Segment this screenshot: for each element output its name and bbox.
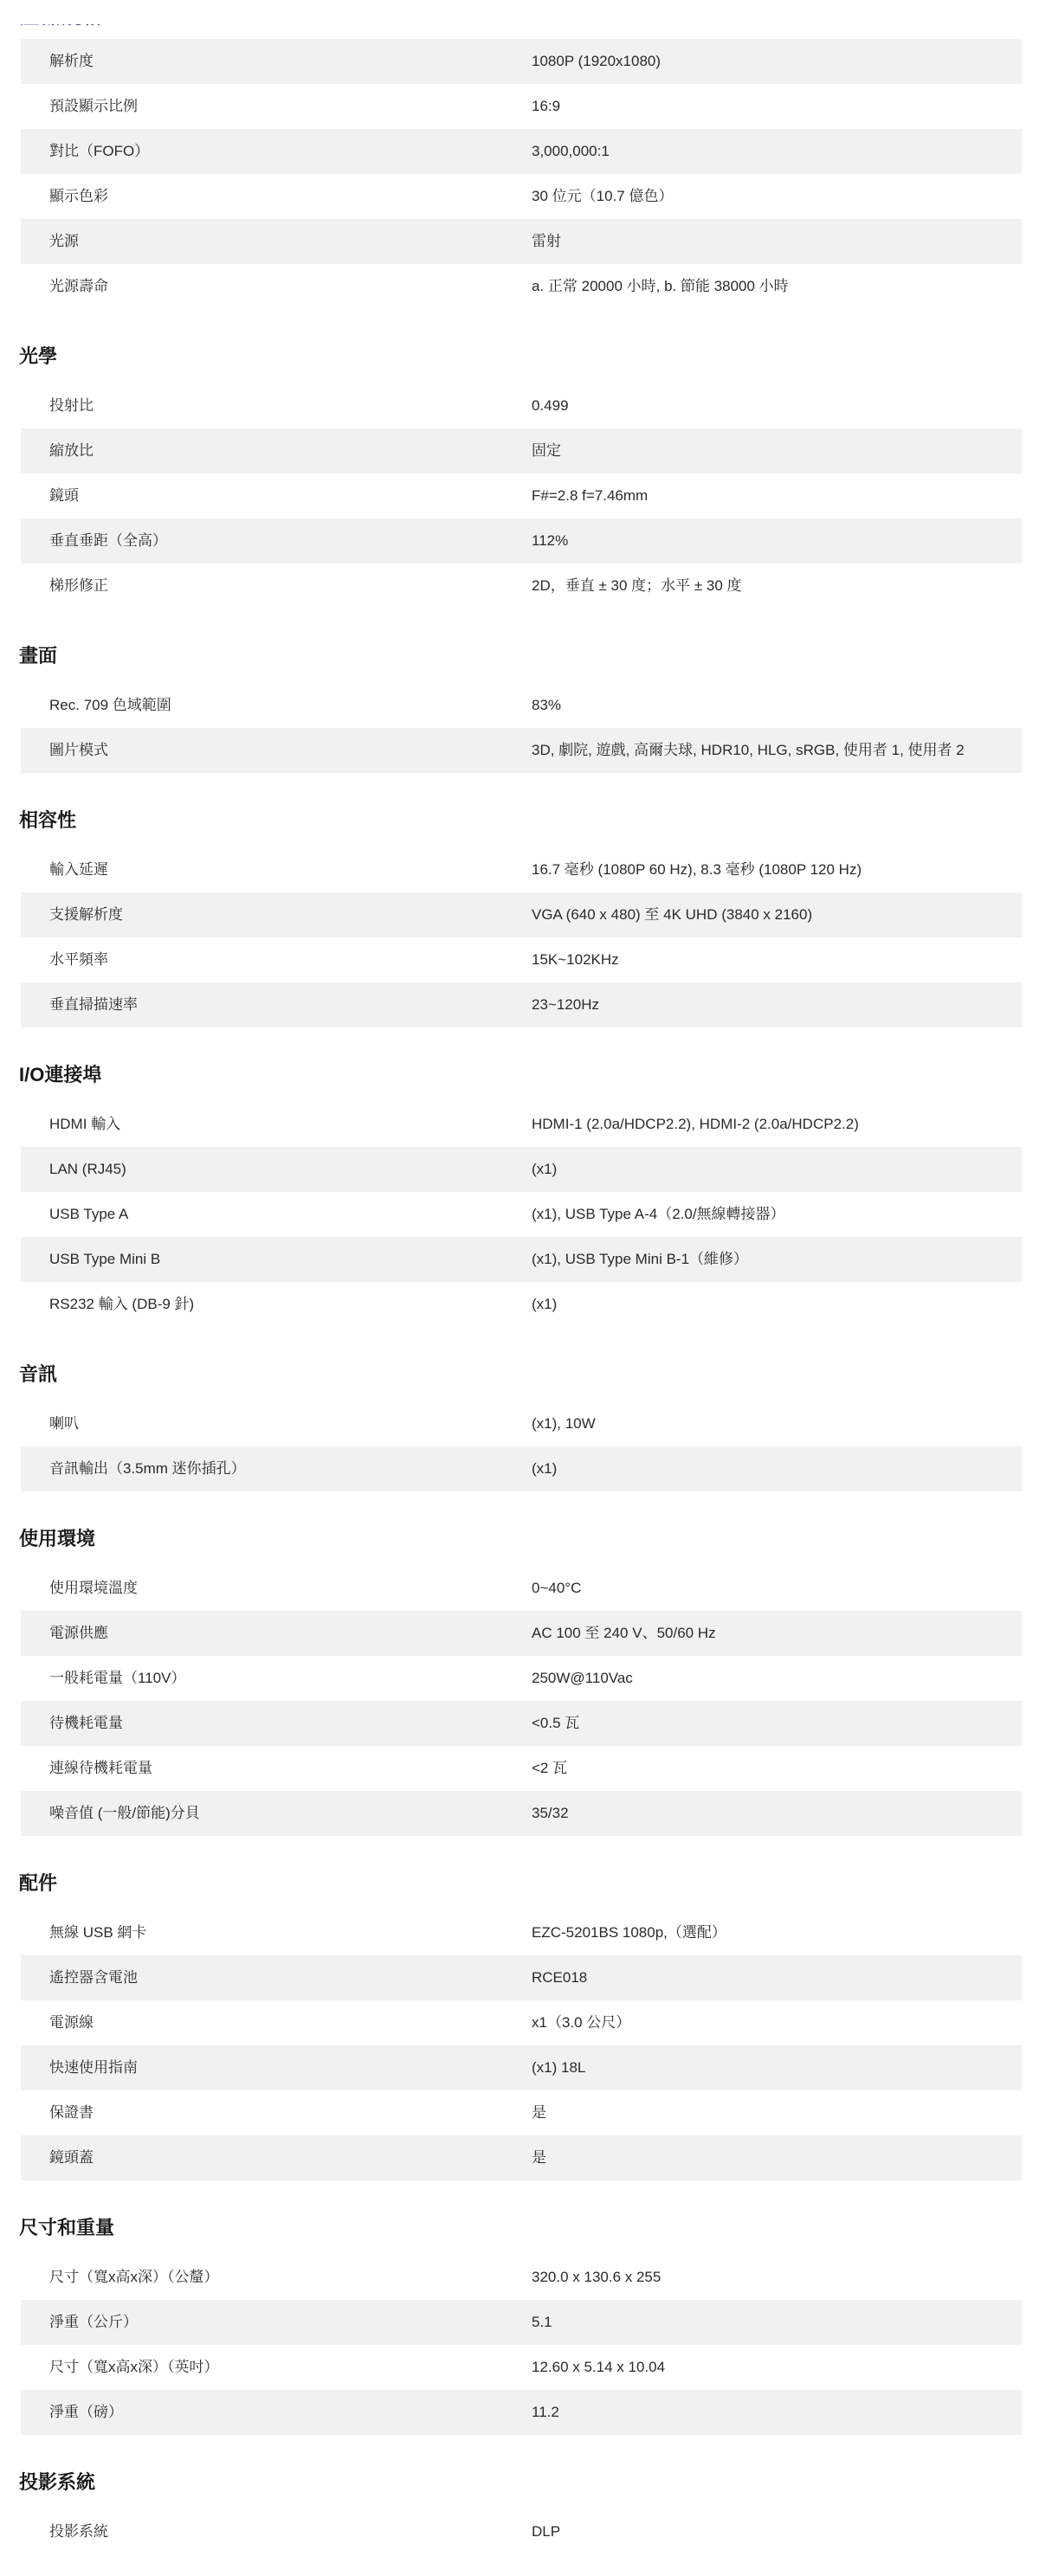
spec-row: USB Type A(x1), USB Type A-4（2.0/無線轉接器）	[21, 1192, 1022, 1237]
spec-row: 支援解析度VGA (640 x 480) 至 4K UHD (3840 x 21…	[21, 892, 1022, 937]
spec-table-environment: 使用環境溫度0~40°C電源供應AC 100 至 240 V、50/60 Hz一…	[21, 1566, 1022, 1836]
section-title-picture: 畫面	[19, 643, 1022, 669]
spec-row: 噪音值 (一般/節能)分貝35/32	[21, 1791, 1022, 1836]
row-value: AC 100 至 240 V、50/60 Hz	[532, 1623, 1022, 1644]
row-value: VGA (640 x 480) 至 4K UHD (3840 x 2160)	[532, 905, 1022, 925]
spec-row: 無線 USB 網卡EZC-5201BS 1080p,（選配）	[21, 1910, 1022, 1955]
spec-table-projection-system: 投影系統DLP	[21, 2509, 1022, 2554]
row-value: (x1) 18L	[532, 2058, 1022, 2078]
row-label: 待機耗電量	[21, 1713, 532, 1734]
spec-row: 一般耗電量（110V）250W@110Vac	[21, 1656, 1022, 1701]
row-value: 12.60 x 5.14 x 10.04	[532, 2357, 1022, 2378]
row-value: (x1)	[532, 1294, 1022, 1315]
row-value: x1（3.0 公尺）	[532, 2012, 1022, 2033]
spec-row: 遙控器含電池RCE018	[21, 1955, 1022, 2000]
row-value: 2D，垂直 ± 30 度；水平 ± 30 度	[532, 576, 1022, 596]
section-title-audio: 音訊	[19, 1362, 1022, 1388]
row-value: 16.7 毫秒 (1080P 60 Hz), 8.3 毫秒 (1080P 120…	[532, 860, 1022, 880]
row-label: 遙控器含電池	[21, 1967, 532, 1988]
spec-row: 光源壽命a. 正常 20000 小時, b. 節能 38000 小時	[21, 264, 1022, 309]
row-value: 16:9	[532, 96, 1022, 117]
row-value: 250W@110Vac	[532, 1668, 1022, 1689]
spec-row: 尺寸（寬x高x深）（公釐）320.0 x 130.6 x 255	[21, 2255, 1022, 2300]
row-label: 圖片模式	[21, 740, 532, 761]
section-title-optics: 光學	[19, 344, 1022, 370]
row-label: Rec. 709 色域範圍	[21, 695, 532, 716]
row-value: 3,000,000:1	[532, 141, 1022, 162]
spec-row: 顯示色彩30 位元（10.7 億色）	[21, 174, 1022, 219]
row-label: 垂直掃描速率	[21, 995, 532, 1015]
row-label: 解析度	[21, 51, 532, 72]
spec-table-display: 解析度1080P (1920x1080)預設顯示比例16:9對比（FOFO）3,…	[21, 39, 1022, 309]
spec-row: 投射比0.499	[21, 383, 1022, 428]
section-environment: 使用環境使用環境溫度0~40°C電源供應AC 100 至 240 V、50/60…	[21, 1526, 1022, 1836]
spec-table-compatibility: 輸入延遲16.7 毫秒 (1080P 60 Hz), 8.3 毫秒 (1080P…	[21, 847, 1022, 1027]
row-label: 連線待機耗電量	[21, 1758, 532, 1779]
row-value: 15K~102KHz	[532, 950, 1022, 970]
row-label: 縮放比	[21, 441, 532, 461]
row-label: 尺寸（寬x高x深）（公釐）	[21, 2267, 532, 2288]
row-value: <0.5 瓦	[532, 1713, 1022, 1734]
row-value: (x1)	[532, 1159, 1022, 1180]
row-value: 112%	[532, 531, 1022, 551]
section-title-io-ports: I/O連接埠	[19, 1062, 1022, 1088]
section-title-projection-system: 投影系統	[19, 2470, 1022, 2495]
row-label: 淨重（公斤）	[21, 2312, 532, 2333]
spec-row: Rec. 709 色域範圍83%	[21, 683, 1022, 728]
row-label: 快速使用指南	[21, 2058, 532, 2078]
spec-row: 電源線x1（3.0 公尺）	[21, 2000, 1022, 2045]
row-value: (x1), 10W	[532, 1414, 1022, 1434]
section-compatibility: 相容性輸入延遲16.7 毫秒 (1080P 60 Hz), 8.3 毫秒 (10…	[21, 808, 1022, 1027]
row-value: 5.1	[532, 2312, 1022, 2333]
section-projection-system: 投影系統投影系統DLP	[21, 2470, 1022, 2554]
row-label: 淨重（磅）	[21, 2402, 532, 2423]
row-label: 光源	[21, 231, 532, 252]
spec-row: 水平頻率15K~102KHz	[21, 937, 1022, 982]
row-label: LAN (RJ45)	[21, 1159, 532, 1180]
row-value: 雷射	[532, 231, 1022, 252]
row-value: <2 瓦	[532, 1758, 1022, 1779]
spec-row: 垂直垂距（全高）112%	[21, 518, 1022, 563]
section-title-accessories: 配件	[19, 1871, 1022, 1897]
spec-row: 對比（FOFO）3,000,000:1	[21, 129, 1022, 174]
section-optics: 光學投射比0.499縮放比固定鏡頭F#=2.8 f=7.46mm垂直垂距（全高）…	[21, 344, 1022, 609]
row-value: 3D, 劇院, 遊戲, 高爾夫球, HDR10, HLG, sRGB, 使用者 …	[532, 740, 1022, 761]
spec-table-audio: 喇叭(x1), 10W音訊輸出（3.5mm 迷你插孔）(x1)	[21, 1401, 1022, 1491]
spec-row: 淨重（磅）11.2	[21, 2390, 1022, 2435]
spec-row: 音訊輸出（3.5mm 迷你插孔）(x1)	[21, 1446, 1022, 1491]
row-value: 11.2	[532, 2402, 1022, 2423]
row-label: 水平頻率	[21, 950, 532, 970]
row-value: 35/32	[532, 1803, 1022, 1824]
spec-sections: 解析度1080P (1920x1080)預設顯示比例16:9對比（FOFO）3,…	[21, 39, 1022, 2554]
spec-row: 光源雷射	[21, 219, 1022, 264]
row-label: 電源供應	[21, 1623, 532, 1644]
row-label: 音訊輸出（3.5mm 迷你插孔）	[21, 1459, 532, 1479]
spec-row: 使用環境溫度0~40°C	[21, 1566, 1022, 1611]
row-label: 光源壽命	[21, 276, 532, 297]
row-value: (x1)	[532, 1459, 1022, 1479]
row-label: 喇叭	[21, 1414, 532, 1434]
spec-row: LAN (RJ45)(x1)	[21, 1147, 1022, 1192]
row-value: RCE018	[532, 1967, 1022, 1988]
section-accessories: 配件無線 USB 網卡EZC-5201BS 1080p,（選配）遙控器含電池RC…	[21, 1871, 1022, 2180]
row-label: 投影系統	[21, 2521, 532, 2542]
section-audio: 音訊喇叭(x1), 10W音訊輸出（3.5mm 迷你插孔）(x1)	[21, 1362, 1022, 1491]
row-label: 預設顯示比例	[21, 96, 532, 117]
row-value: HDMI-1 (2.0a/HDCP2.2), HDMI-2 (2.0a/HDCP…	[532, 1114, 1022, 1135]
spec-row: 輸入延遲16.7 毫秒 (1080P 60 Hz), 8.3 毫秒 (1080P…	[21, 847, 1022, 892]
spec-row: 保證書是	[21, 2090, 1022, 2135]
row-value: 固定	[532, 441, 1022, 461]
spec-row: 尺寸（寬x高x深）（英吋）12.60 x 5.14 x 10.04	[21, 2345, 1022, 2390]
row-label: 保證書	[21, 2103, 532, 2123]
row-value: 320.0 x 130.6 x 255	[532, 2267, 1022, 2288]
row-label: 鏡頭蓋	[21, 2148, 532, 2168]
row-label: 鏡頭	[21, 486, 532, 506]
clipped-section-header-text: 產品規格	[21, 24, 1022, 29]
spec-row: HDMI 輸入HDMI-1 (2.0a/HDCP2.2), HDMI-2 (2.…	[21, 1102, 1022, 1147]
spec-table-dimensions-weight: 尺寸（寬x高x深）（公釐）320.0 x 130.6 x 255淨重（公斤）5.…	[21, 2255, 1022, 2435]
row-value: 1080P (1920x1080)	[532, 51, 1022, 72]
row-label: 顯示色彩	[21, 186, 532, 207]
section-title-environment: 使用環境	[19, 1526, 1022, 1552]
row-label: 尺寸（寬x高x深）（英吋）	[21, 2357, 532, 2378]
spec-page: 產品規格 解析度1080P (1920x1080)預設顯示比例16:9對比（FO…	[0, 0, 1039, 2575]
row-label: RS232 輸入 (DB-9 針)	[21, 1294, 532, 1315]
spec-row: 縮放比固定	[21, 428, 1022, 473]
row-label: 梯形修正	[21, 576, 532, 596]
spec-row: 電源供應AC 100 至 240 V、50/60 Hz	[21, 1611, 1022, 1656]
row-value: 30 位元（10.7 億色）	[532, 186, 1022, 207]
row-label: 使用環境溫度	[21, 1578, 532, 1599]
section-title-dimensions-weight: 尺寸和重量	[19, 2215, 1022, 2241]
row-label: HDMI 輸入	[21, 1114, 532, 1135]
spec-row: 預設顯示比例16:9	[21, 84, 1022, 129]
section-title-compatibility: 相容性	[19, 808, 1022, 834]
row-value: a. 正常 20000 小時, b. 節能 38000 小時	[532, 276, 1022, 297]
row-label: USB Type A	[21, 1204, 532, 1225]
row-value: F#=2.8 f=7.46mm	[532, 486, 1022, 506]
spec-row: 垂直掃描速率23~120Hz	[21, 982, 1022, 1027]
row-label: 對比（FOFO）	[21, 141, 532, 162]
row-value: 是	[532, 2103, 1022, 2123]
section-display: 解析度1080P (1920x1080)預設顯示比例16:9對比（FOFO）3,…	[21, 39, 1022, 309]
row-value: (x1), USB Type Mini B-1（維修）	[532, 1249, 1022, 1270]
row-value: EZC-5201BS 1080p,（選配）	[532, 1922, 1022, 1943]
section-dimensions-weight: 尺寸和重量尺寸（寬x高x深）（公釐）320.0 x 130.6 x 255淨重（…	[21, 2215, 1022, 2435]
spec-row: 鏡頭蓋是	[21, 2135, 1022, 2180]
row-label: 支援解析度	[21, 905, 532, 925]
clipped-section-header: 產品規格	[21, 24, 1022, 31]
row-label: 投射比	[21, 396, 532, 416]
row-label: 噪音值 (一般/節能)分貝	[21, 1803, 532, 1824]
row-value: 是	[532, 2148, 1022, 2168]
section-io-ports: I/O連接埠HDMI 輸入HDMI-1 (2.0a/HDCP2.2), HDMI…	[21, 1062, 1022, 1327]
spec-row: 連線待機耗電量<2 瓦	[21, 1746, 1022, 1791]
row-label: 一般耗電量（110V）	[21, 1668, 532, 1689]
row-value: 0.499	[532, 396, 1022, 416]
spec-row: 快速使用指南(x1) 18L	[21, 2045, 1022, 2090]
spec-table-io-ports: HDMI 輸入HDMI-1 (2.0a/HDCP2.2), HDMI-2 (2.…	[21, 1102, 1022, 1327]
spec-row: RS232 輸入 (DB-9 針)(x1)	[21, 1282, 1022, 1327]
row-value: 83%	[532, 695, 1022, 716]
spec-row: 淨重（公斤）5.1	[21, 2300, 1022, 2345]
spec-row: 喇叭(x1), 10W	[21, 1401, 1022, 1446]
spec-table-picture: Rec. 709 色域範圍83%圖片模式3D, 劇院, 遊戲, 高爾夫球, HD…	[21, 683, 1022, 773]
section-picture: 畫面Rec. 709 色域範圍83%圖片模式3D, 劇院, 遊戲, 高爾夫球, …	[21, 643, 1022, 773]
row-value: 23~120Hz	[532, 995, 1022, 1015]
spec-row: 投影系統DLP	[21, 2509, 1022, 2554]
row-label: 垂直垂距（全高）	[21, 531, 532, 551]
spec-row: 梯形修正2D，垂直 ± 30 度；水平 ± 30 度	[21, 563, 1022, 609]
spec-row: 待機耗電量<0.5 瓦	[21, 1701, 1022, 1746]
row-label: 輸入延遲	[21, 860, 532, 880]
spec-row: USB Type Mini B(x1), USB Type Mini B-1（維…	[21, 1237, 1022, 1282]
row-label: 電源線	[21, 2012, 532, 2033]
spec-table-accessories: 無線 USB 網卡EZC-5201BS 1080p,（選配）遙控器含電池RCE0…	[21, 1910, 1022, 2180]
row-value: 0~40°C	[532, 1578, 1022, 1599]
spec-row: 鏡頭F#=2.8 f=7.46mm	[21, 473, 1022, 518]
row-label: 無線 USB 網卡	[21, 1922, 532, 1943]
row-label: USB Type Mini B	[21, 1249, 532, 1270]
spec-row: 解析度1080P (1920x1080)	[21, 39, 1022, 84]
row-value: (x1), USB Type A-4（2.0/無線轉接器）	[532, 1204, 1022, 1225]
row-value: DLP	[532, 2521, 1022, 2542]
spec-table-optics: 投射比0.499縮放比固定鏡頭F#=2.8 f=7.46mm垂直垂距（全高）11…	[21, 383, 1022, 609]
spec-row: 圖片模式3D, 劇院, 遊戲, 高爾夫球, HDR10, HLG, sRGB, …	[21, 728, 1022, 773]
